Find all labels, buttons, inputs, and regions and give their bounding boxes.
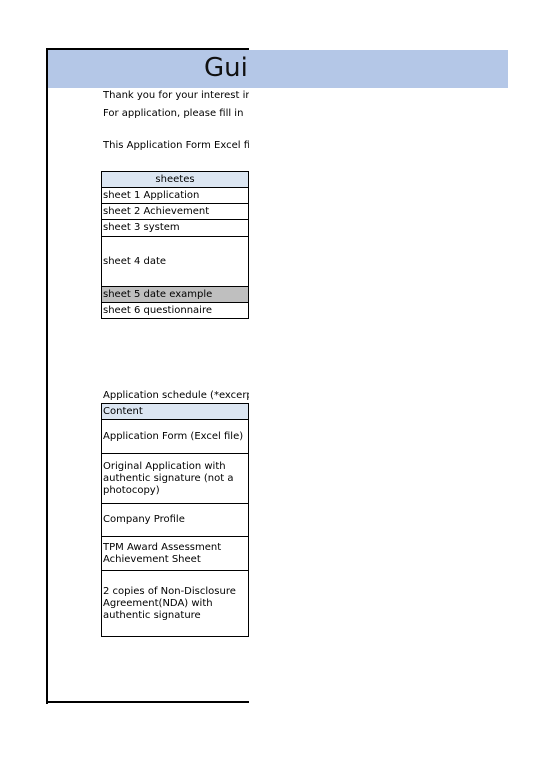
schedule-caption: Application schedule (*excerpt <box>103 389 249 402</box>
title-clip: Guidance <box>48 50 249 88</box>
sheets-table-header: sheetes <box>102 172 249 188</box>
schedule-row: Original Application with authentic sign… <box>102 454 249 504</box>
frame-border-left <box>46 48 48 704</box>
intro-line-2: For application, please fill in <box>103 107 249 120</box>
sheets-table: sheetes sheet 1 Application sheet 2 Achi… <box>101 171 249 319</box>
schedule-table: Content Application Form (Excel file) Or… <box>101 403 249 637</box>
sheet-row: sheet 4 date <box>102 237 249 287</box>
sheet-row-highlighted: sheet 5 date example <box>102 287 249 303</box>
intro-line-3: This Application Form Excel file <box>103 139 249 152</box>
page-title: Guidance <box>204 53 249 83</box>
intro-line-1: Thank you for your interest in <box>103 89 249 102</box>
frame-border-top <box>46 48 249 50</box>
frame-border-bottom <box>46 701 249 703</box>
sheet-row: sheet 6 questionnaire <box>102 303 249 319</box>
schedule-row: TPM Award Assessment Achievement Sheet <box>102 537 249 571</box>
sheet-row: sheet 3 system <box>102 220 249 237</box>
schedule-row: Company Profile <box>102 504 249 537</box>
schedule-row: 2 copies of Non-Disclosure Agreement(NDA… <box>102 571 249 637</box>
schedule-row: Application Form (Excel file) <box>102 420 249 454</box>
sheet-row: sheet 1 Application <box>102 188 249 204</box>
sheet-row: sheet 2 Achievement <box>102 204 249 220</box>
schedule-table-header: Content <box>102 404 249 420</box>
